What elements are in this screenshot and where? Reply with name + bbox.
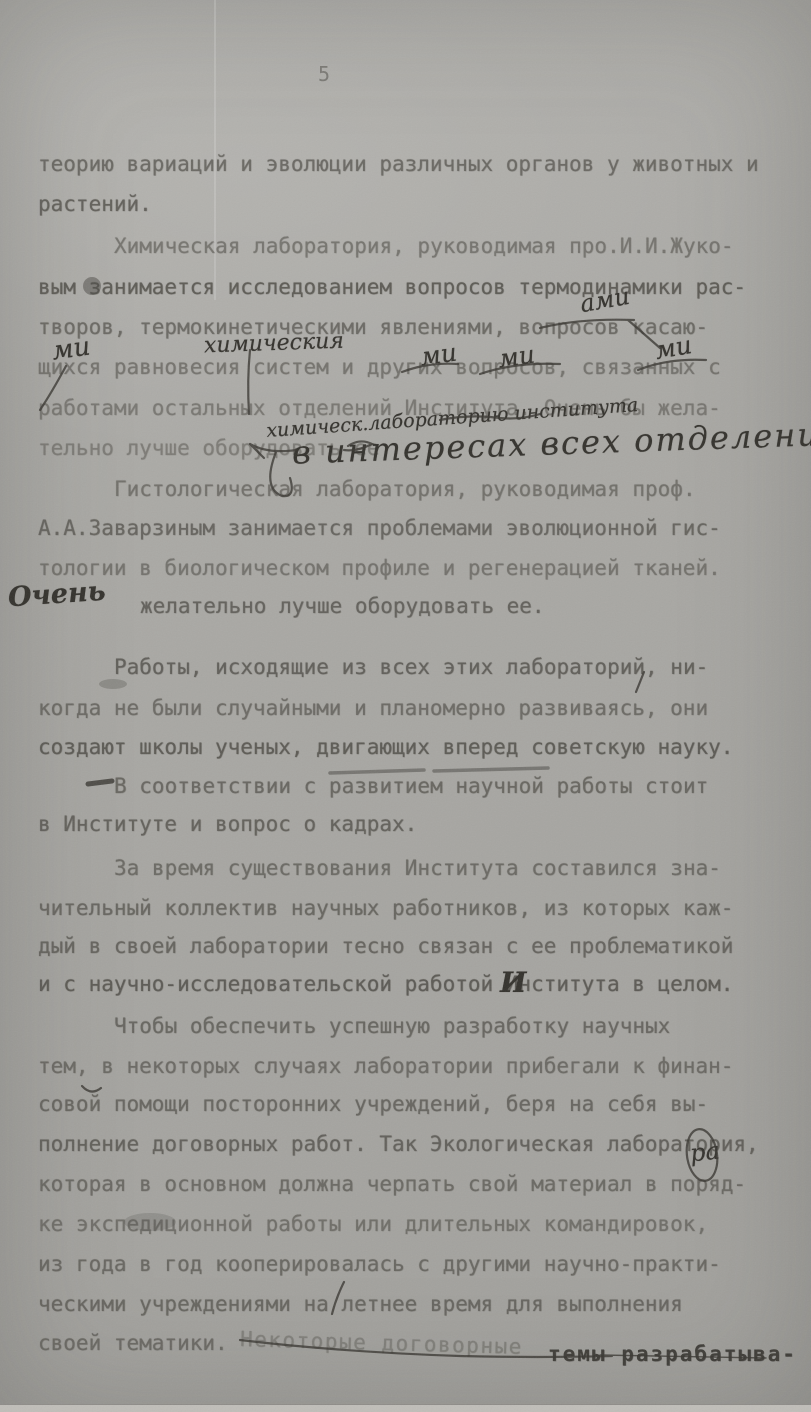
typed-line: из года в год кооперировалась с другими …	[38, 1252, 721, 1276]
margin-dash-stroke	[88, 781, 112, 784]
page-number-typed: 5	[318, 62, 330, 86]
typed-line: Работы, исходящие из всех этих лаборатор…	[114, 655, 708, 679]
typed-line: тологии в биологическом профиле и регене…	[38, 556, 721, 580]
handwritten-correction-mi: ми	[496, 340, 537, 374]
scanned-document-page: 5 теорию вариаций и эволюции различных о…	[0, 0, 811, 1412]
typed-line: щихся равновесия систем и других вопросо…	[38, 355, 721, 379]
handwritten-correction-ra: ра	[689, 1137, 721, 1168]
typed-line: в Институте и вопрос о кадрах.	[38, 812, 417, 836]
typed-line: ке экспедиционной работы или длительных …	[38, 1212, 708, 1236]
typed-line: В соответствии с развитием научной работ…	[114, 774, 708, 798]
typed-line: творов, термокинетическими явлениями, во…	[38, 315, 708, 339]
typed-line: теорию вариаций и эволюции различных орг…	[38, 152, 759, 176]
handwritten-correction-mi-margin: ми	[50, 331, 92, 366]
typed-line: А.А.Заварзиным занимается проблемами эво…	[38, 516, 721, 540]
ink-smudge	[99, 679, 127, 689]
typed-line: Чтобы обеспечить успешную разработку нау…	[114, 1014, 670, 1038]
typed-line: Химическая лаборатория, руководимая про.…	[114, 234, 734, 258]
overstrike-stroke	[330, 770, 424, 773]
typed-line: чительный коллектив научных работников, …	[38, 896, 733, 920]
typed-line: За время существования Института состави…	[114, 856, 721, 880]
handwritten-correction-khimicheskiya: химическия	[204, 329, 345, 359]
typed-line: которая в основном должна черпать свой м…	[38, 1172, 746, 1196]
typed-line: когда не были случайными и планомерно ра…	[38, 696, 708, 720]
handwritten-capital-i-overwrite: И	[500, 966, 526, 999]
typed-line: растений.	[38, 192, 152, 216]
breve-mark-stroke	[82, 1086, 101, 1092]
typed-line: дый в своей лаборатории тесно связан с е…	[38, 934, 733, 958]
typed-line: полнение договорных работ. Так Экологиче…	[38, 1132, 759, 1156]
typed-line: ческими учреждениями на летнее время для…	[38, 1292, 683, 1316]
typed-line: Гистологическая лаборатория, руководимая…	[114, 477, 696, 501]
typed-line: своей тематики. Некоторые договорные	[38, 1331, 523, 1355]
overstrike-stroke	[434, 768, 548, 771]
handwritten-margin-ochen: Очень	[7, 576, 106, 614]
typed-line: вым занимается исследованием вопросов те…	[38, 275, 746, 299]
typed-line: тем, в некоторых случаях лаборатории при…	[38, 1054, 733, 1078]
typed-text: своей тематики.	[38, 1331, 240, 1355]
handwritten-correction-mi: ми	[418, 338, 459, 372]
typed-line: желательно лучше оборудовать ее.	[140, 594, 545, 618]
typed-line: совой помощи посторонних учреждений, бер…	[38, 1092, 708, 1116]
typed-line: создают школы ученых, двигающих вперед с…	[38, 735, 733, 759]
typed-line: и с научно-исследовательской работой Инс…	[38, 972, 733, 996]
scan-bottom-edge	[0, 1404, 811, 1412]
struck-typed-text: Некоторые договорные	[240, 1327, 523, 1359]
retyped-tail-text: темы разрабатыва-	[548, 1342, 797, 1366]
